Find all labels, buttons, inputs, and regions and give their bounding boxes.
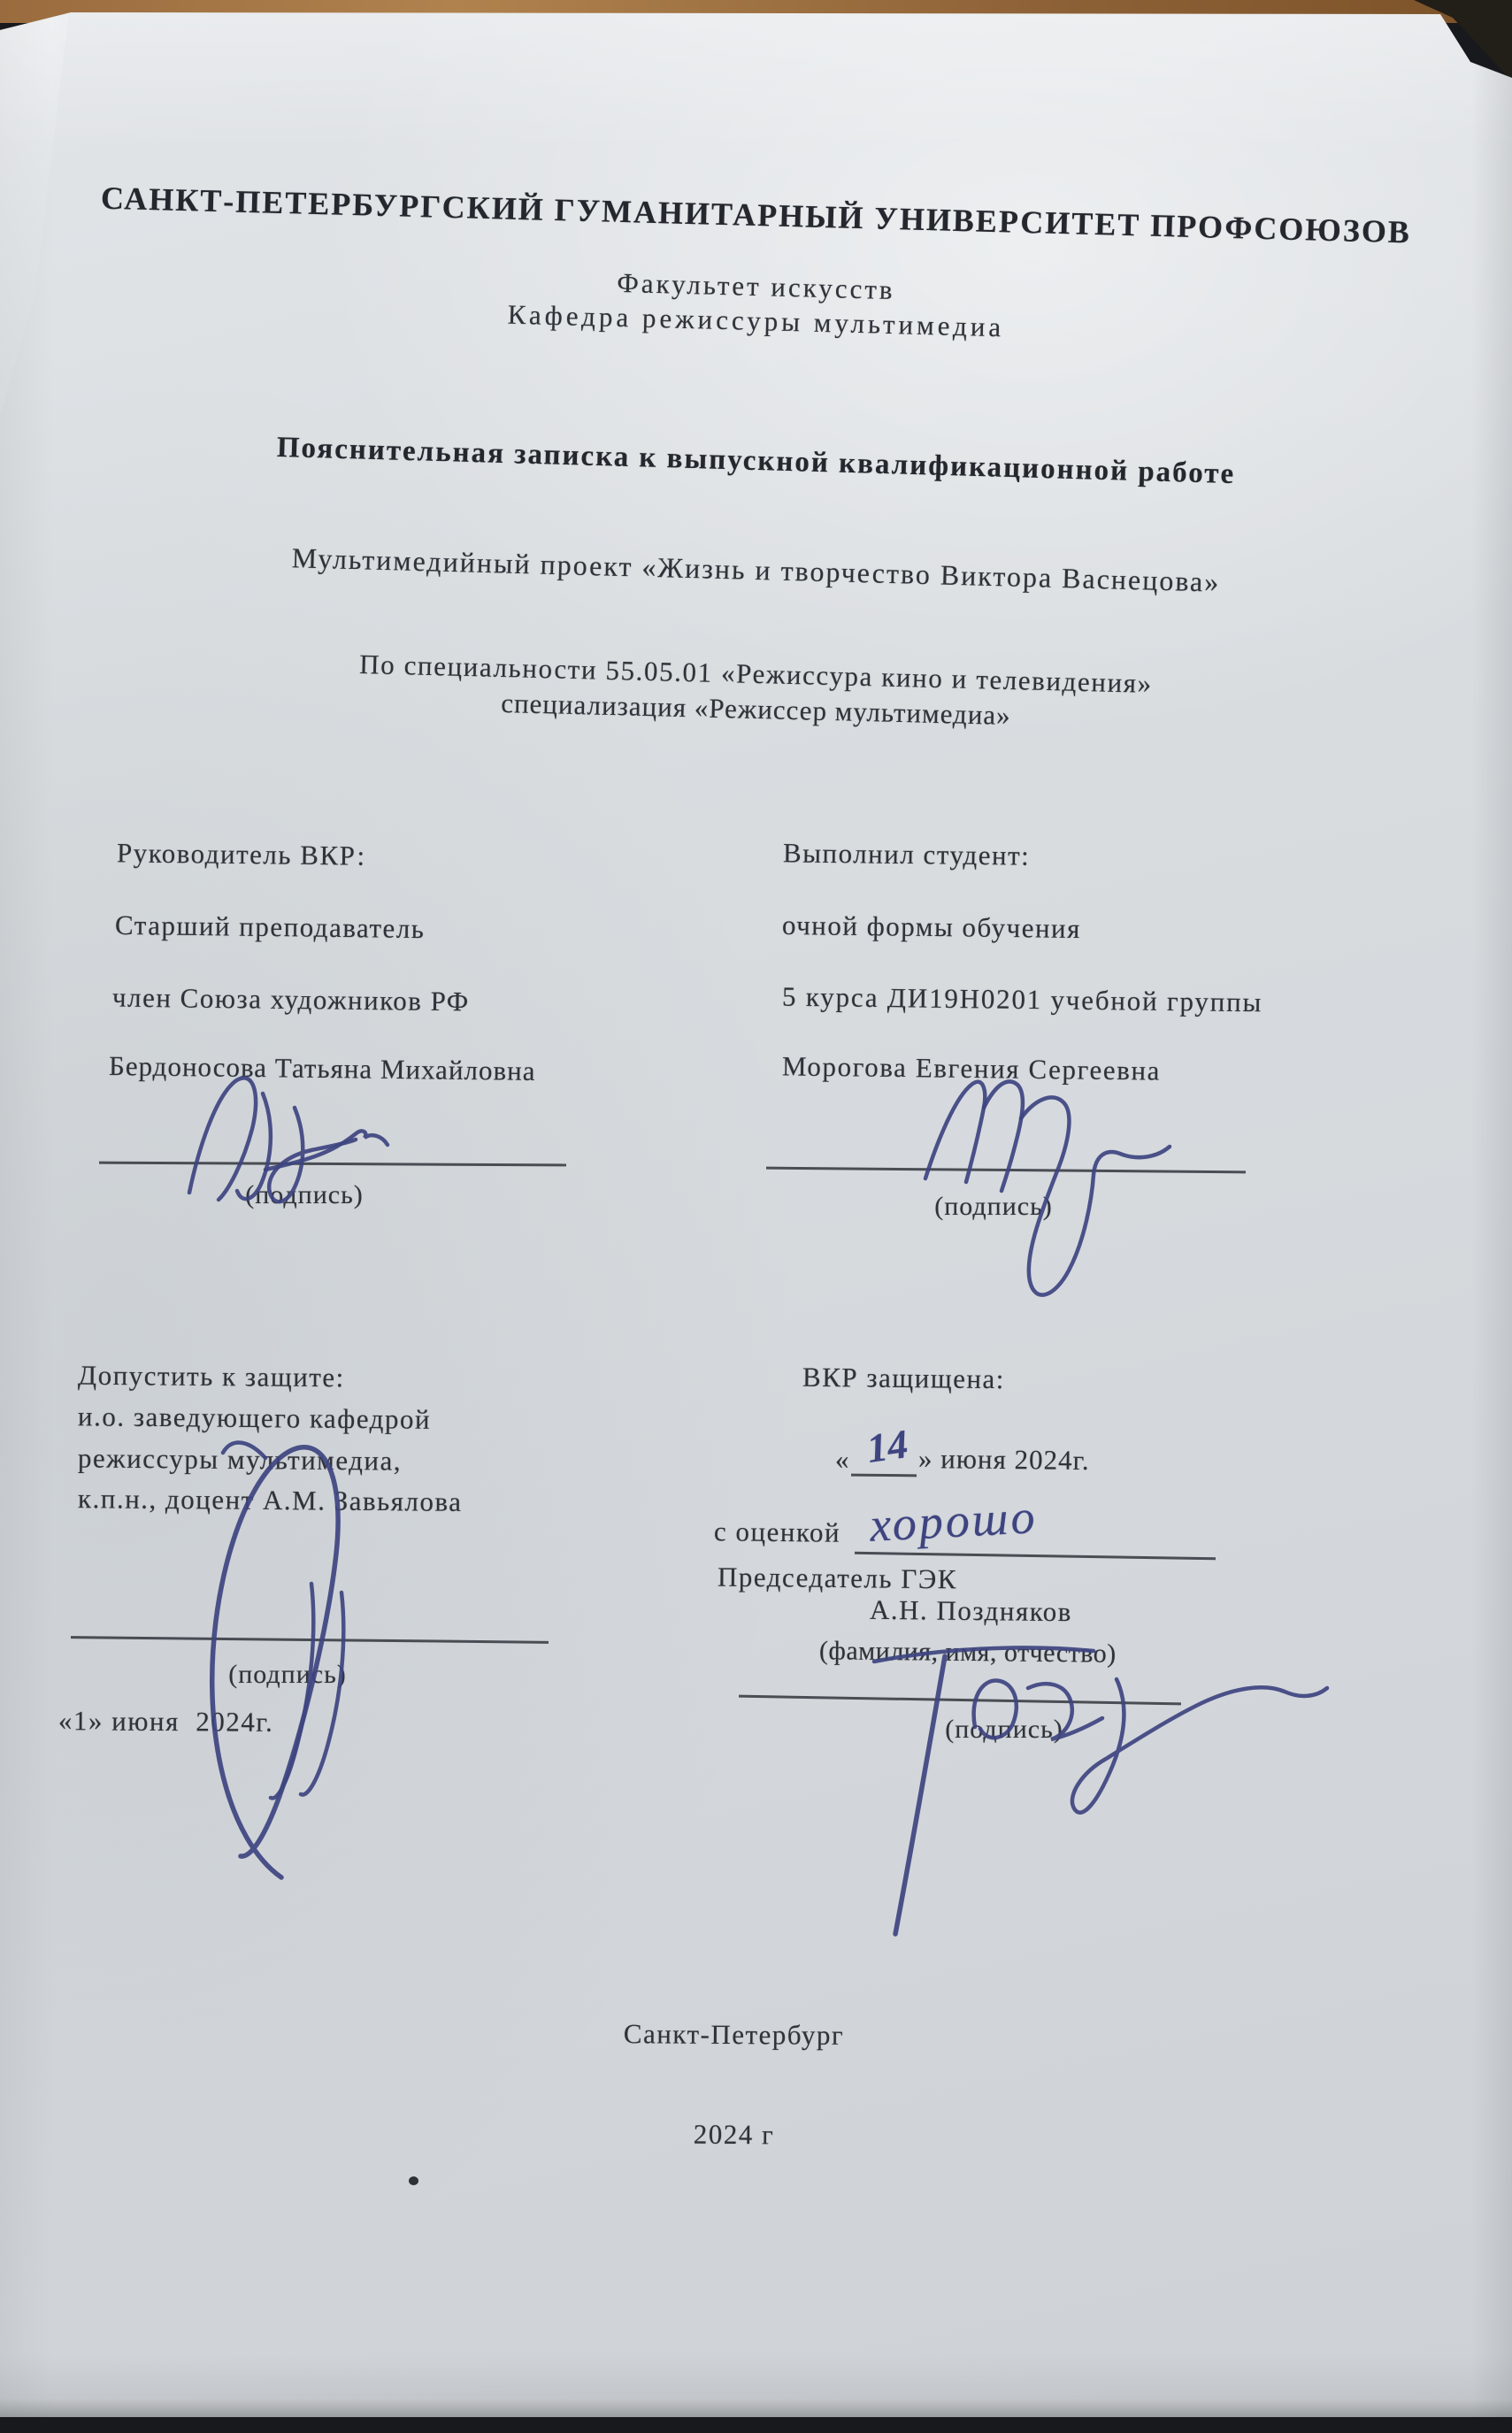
admission-date: «1» июня 2024г. [58, 1705, 274, 1738]
page-bottom-edge [0, 2399, 1512, 2417]
defense-fio-caption: (фамилия, имя, отчество) [819, 1636, 1117, 1669]
photo-of-document: САНКТ-ПЕТЕРБУРГСКИЙ ГУМАНИТАРНЫЙ УНИВЕРС… [0, 0, 1512, 2433]
work-title: Пояснительная записка к выпускной квалиф… [0, 424, 1512, 499]
defense-date-day-underline [851, 1474, 917, 1477]
supervisor-signature-caption: (подпись) [216, 1180, 393, 1210]
defense-date-day-handwritten: 14 [864, 1420, 911, 1472]
ink-dot [409, 2176, 418, 2185]
defense-signature-line [739, 1695, 1181, 1706]
footer-year: 2024 г [0, 2114, 1490, 2156]
defense-grade-handwritten: хорошо [869, 1489, 1039, 1553]
student-group: 5 курса ДИ19Н0201 учебной группы [782, 981, 1263, 1019]
supervisor-heading: Руководитель ВКР: [117, 837, 366, 871]
student-signature-line [766, 1167, 1246, 1174]
project-title: Мультимедийный проект «Жизнь и творчеств… [0, 534, 1512, 607]
student-study-form: очной формы обучения [782, 909, 1081, 945]
student-name: Морогова Евгения Сергеевна [782, 1050, 1161, 1086]
defense-grade-underline [855, 1552, 1216, 1560]
signatures-layer [0, 0, 1512, 2433]
admission-heading: Допустить к защите: [78, 1360, 345, 1394]
defense-grade-label: с оценкой [714, 1516, 840, 1548]
student-heading: Выполнил студент: [783, 837, 1031, 871]
defense-date-quote-open: « [835, 1444, 850, 1476]
university-name: САНКТ-ПЕТЕРБУРГСКИЙ ГУМАНИТАРНЫЙ УНИВЕРС… [0, 177, 1512, 254]
supervisor-name: Бердоносова Татьяна Михайловна [109, 1050, 536, 1087]
admission-signature-caption: (подпись) [199, 1660, 376, 1690]
defense-chairman-name: А.Н. Поздняков [870, 1594, 1072, 1628]
admission-line3: режиссуры мультимедиа, [78, 1442, 402, 1477]
supervisor-position: Старший преподаватель [115, 909, 426, 945]
student-signature-ink [925, 1081, 1170, 1294]
defense-signature-ink [874, 1647, 1327, 1934]
supervisor-membership: член Союза художников РФ [112, 982, 470, 1018]
admission-signature-line [71, 1636, 549, 1644]
defense-date-rest: » июня 2024г. [918, 1443, 1090, 1477]
student-signature-caption: (подпись) [905, 1192, 1082, 1222]
footer-city: Санкт-Петербург [0, 2014, 1490, 2056]
admission-line2: и.о. заведующего кафедрой [78, 1401, 431, 1435]
admission-line4: к.п.н., доцент А.М. Завьялова [78, 1483, 463, 1518]
defense-heading: ВКР защищена: [802, 1362, 1005, 1395]
defense-signature-caption: (подпись) [916, 1715, 1093, 1745]
defense-chairman-label: Председатель ГЭК [718, 1562, 957, 1596]
supervisor-signature-line [99, 1162, 566, 1167]
document-page: САНКТ-ПЕТЕРБУРГСКИЙ ГУМАНИТАРНЫЙ УНИВЕРС… [0, 0, 1512, 2433]
